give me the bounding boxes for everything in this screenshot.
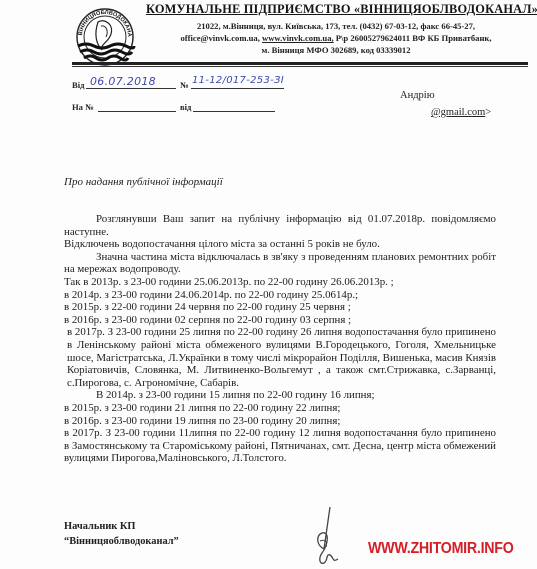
header-rule (72, 62, 528, 65)
partial-outage-intro: Значна частина міста відключалась в зв'я… (64, 251, 496, 276)
addressee-name: Андрію (400, 90, 435, 101)
outage-2016-july: в 2016р. з 23-00 години 19 липня по 23-0… (64, 415, 496, 428)
bank-details: м. Вінниця МФО 302689, код 03339012 (146, 44, 526, 56)
letter-subject: Про надання публічної інформації (64, 176, 223, 188)
reply-from-label: від (180, 102, 191, 112)
letter-page: ВІННИЦЯОБЛВОДОКАНАЛ КОМУНАЛЬНЕ ПІДПРИЄМС… (0, 0, 537, 569)
outage-2017-leninskyi: в 2017р. З 23-00 години 25 липня по 22-0… (64, 326, 496, 389)
intro-paragraph: Розглянувши Ваш запит на публічну інформ… (64, 213, 496, 238)
outage-2014-july: В 2014р. з 23-00 години 15 липня по 22-0… (64, 389, 496, 402)
addressee-email[interactable]: @gmail.com (431, 107, 485, 118)
reply-to-label: На № (72, 102, 94, 112)
from-label: Від (72, 80, 84, 90)
organization-name: КОМУНАЛЬНЕ ПІДПРИЄМСТВО «ВІННИЦЯОБЛВОДОК… (146, 2, 526, 17)
reply-from-line (193, 100, 275, 112)
outage-2015-june: в 2015р. з 22-00 години 24 червня по 22-… (64, 301, 496, 314)
number-label: № (180, 80, 189, 90)
bank-account: Р\р 26005279624011 ВФ КБ Приватбанк, (336, 33, 492, 43)
outage-2014-june: в 2014р. з 23-00 години 24.06.2014р. по … (64, 289, 496, 302)
letter-body: Розглянувши Ваш запит на публічну інформ… (64, 213, 496, 465)
outgoing-number-handwritten: 11-12/017-253-ЗІ (192, 75, 284, 86)
signatory-organization: “Вінницяоблводоканал” (64, 534, 179, 549)
site-watermark: WWW.ZHITOMIR.INFO (368, 540, 514, 558)
addressee-email-wrap: @gmail.com> (431, 107, 491, 118)
outage-2015-july: в 2015р. з 23-00 години 21 липня по 22-0… (64, 402, 496, 415)
outage-2016-august: в 2016р. з 23-00 години 02 серпня по 22-… (64, 314, 496, 327)
handwritten-signature-icon (306, 505, 346, 569)
outage-2017-zamostianskyi: в 2017р. З 23-00 години 11липня по 22-00… (64, 427, 496, 465)
email-link[interactable]: office@vinvk.com.ua, (180, 33, 259, 43)
header-rule-thin (72, 66, 528, 67)
reply-to-line (98, 100, 176, 112)
contacts-line: office@vinvk.com.ua, www.vinvk.com.ua, Р… (146, 32, 526, 44)
website-link[interactable]: www.vinvk.com.ua, (262, 33, 334, 43)
signatory-position: Начальник КП (64, 519, 179, 534)
address-line: 21022, м.Вінниця, вул. Київська, 173, те… (146, 20, 526, 32)
from-date-handwritten: 06.07.2018 (90, 75, 156, 88)
organization-contacts: 21022, м.Вінниця, вул. Київська, 173, те… (146, 20, 526, 56)
signatory-title: Начальник КП “Вінницяоблводоканал” (64, 519, 179, 549)
vodokanal-logo-icon: ВІННИЦЯОБЛВОДОКАНАЛ (74, 4, 136, 66)
outage-2013: Так в 2013р. з 23-00 години 25.06.2013р.… (64, 276, 496, 289)
addressee-email-suffix: > (485, 107, 491, 118)
no-full-outage-paragraph: Відключень водопостачання цілого міста з… (64, 238, 496, 251)
